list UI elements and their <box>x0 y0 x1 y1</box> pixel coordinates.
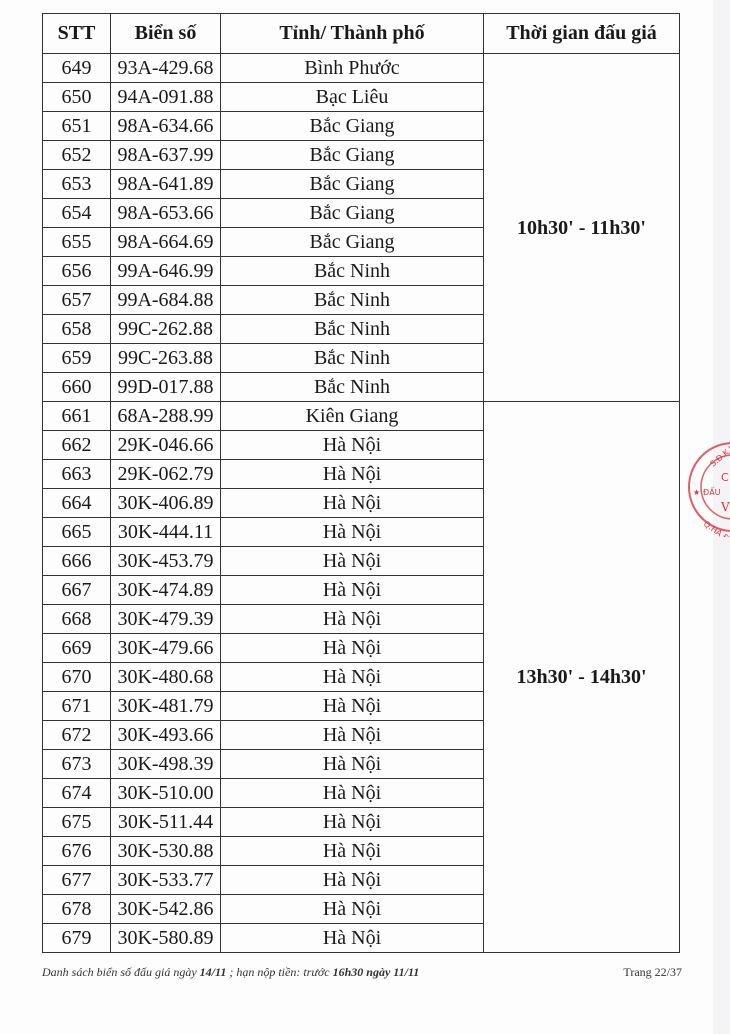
cell-province: Hà Nội <box>221 489 484 518</box>
cell-stt: 666 <box>43 547 111 576</box>
cell-stt: 675 <box>43 808 111 837</box>
cell-stt: 674 <box>43 779 111 808</box>
cell-province: Bắc Ninh <box>221 286 484 315</box>
svg-text:ĐẤU: ĐẤU <box>703 486 721 497</box>
cell-province: Hà Nội <box>221 547 484 576</box>
cell-plate: 29K-062.79 <box>111 460 221 489</box>
cell-stt: 656 <box>43 257 111 286</box>
cell-plate: 93A-429.68 <box>111 54 221 83</box>
cell-plate: 30K-453.79 <box>111 547 221 576</box>
cell-province: Bắc Giang <box>221 170 484 199</box>
cell-plate: 30K-498.39 <box>111 750 221 779</box>
cell-stt: 663 <box>43 460 111 489</box>
cell-province: Hà Nội <box>221 924 484 953</box>
cell-province: Bắc Giang <box>221 199 484 228</box>
table-row: 64993A-429.68Bình Phước10h30' - 11h30' <box>43 54 680 83</box>
svg-text:★: ★ <box>693 488 700 497</box>
footer-prefix: Danh sách biển số đấu giá ngày <box>42 965 200 979</box>
cell-province: Hà Nội <box>221 895 484 924</box>
cell-province: Hà Nội <box>221 808 484 837</box>
cell-stt: 653 <box>43 170 111 199</box>
cell-plate: 94A-091.88 <box>111 83 221 112</box>
cell-stt: 651 <box>43 112 111 141</box>
cell-province: Hà Nội <box>221 721 484 750</box>
cell-plate: 30K-481.79 <box>111 692 221 721</box>
cell-plate: 30K-493.66 <box>111 721 221 750</box>
footer-middle: ; hạn nộp tiền: trước <box>226 965 332 979</box>
plates-table: STT Biển số Tỉnh/ Thành phố Thời gian đấ… <box>42 13 680 953</box>
cell-province: Hà Nội <box>221 692 484 721</box>
cell-plate: 30K-511.44 <box>111 808 221 837</box>
cell-province: Bắc Giang <box>221 141 484 170</box>
cell-province: Hà Nội <box>221 779 484 808</box>
cell-province: Bình Phước <box>221 54 484 83</box>
cell-plate: 99D-017.88 <box>111 373 221 402</box>
footer-deadline: 16h30 ngày 11/11 <box>333 965 420 979</box>
cell-plate: 30K-542.86 <box>111 895 221 924</box>
cell-plate: 30K-406.89 <box>111 489 221 518</box>
cell-stt: 668 <box>43 605 111 634</box>
cell-plate: 29K-046.66 <box>111 431 221 460</box>
cell-plate: 98A-641.89 <box>111 170 221 199</box>
cell-plate: 30K-510.00 <box>111 779 221 808</box>
cell-province: Hà Nội <box>221 634 484 663</box>
cell-province: Bắc Ninh <box>221 315 484 344</box>
page-number: Trang 22/37 <box>623 965 682 980</box>
cell-stt: 672 <box>43 721 111 750</box>
table-body: 64993A-429.68Bình Phước10h30' - 11h30'65… <box>43 54 680 953</box>
cell-stt: 667 <box>43 576 111 605</box>
cell-province: Hà Nội <box>221 431 484 460</box>
cell-plate: 30K-479.39 <box>111 605 221 634</box>
cell-plate: 98A-664.69 <box>111 228 221 257</box>
footer-note: Danh sách biển số đấu giá ngày 14/11 ; h… <box>42 965 419 980</box>
cell-plate: 30K-479.66 <box>111 634 221 663</box>
header-stt: STT <box>43 14 111 54</box>
cell-plate: 98A-653.66 <box>111 199 221 228</box>
cell-province: Hà Nội <box>221 866 484 895</box>
cell-plate: 30K-533.77 <box>111 866 221 895</box>
cell-stt: 669 <box>43 634 111 663</box>
cell-province: Hà Nội <box>221 750 484 779</box>
cell-stt: 652 <box>43 141 111 170</box>
cell-stt: 670 <box>43 663 111 692</box>
cell-stt: 676 <box>43 837 111 866</box>
cell-stt: 658 <box>43 315 111 344</box>
header-auction-time: Thời gian đấu giá <box>484 14 680 54</box>
cell-province: Hà Nội <box>221 576 484 605</box>
cell-province: Bắc Giang <box>221 112 484 141</box>
cell-province: Hà Nội <box>221 605 484 634</box>
cell-province: Bắc Ninh <box>221 373 484 402</box>
cell-plate: 99A-684.88 <box>111 286 221 315</box>
cell-stt: 655 <box>43 228 111 257</box>
cell-stt: 665 <box>43 518 111 547</box>
cell-plate: 98A-634.66 <box>111 112 221 141</box>
cell-stt: 657 <box>43 286 111 315</box>
cell-plate: 99A-646.99 <box>111 257 221 286</box>
cell-province: Bắc Ninh <box>221 257 484 286</box>
svg-text:C: C <box>721 471 729 484</box>
cell-plate: 68A-288.99 <box>111 402 221 431</box>
header-province: Tỉnh/ Thành phố <box>221 14 484 54</box>
svg-text:V: V <box>720 500 730 514</box>
cell-plate: 30K-474.89 <box>111 576 221 605</box>
cell-plate: 99C-263.88 <box>111 344 221 373</box>
red-seal-stamp-icon: S.Đ.K.H C ĐẤU ★ V Q.HÀ Đ <box>683 437 730 537</box>
cell-plate: 30K-530.88 <box>111 837 221 866</box>
cell-province: Bắc Ninh <box>221 344 484 373</box>
cell-auction-time: 10h30' - 11h30' <box>484 54 680 402</box>
cell-plate: 30K-480.68 <box>111 663 221 692</box>
cell-province: Hà Nội <box>221 837 484 866</box>
cell-stt: 650 <box>43 83 111 112</box>
cell-stt: 662 <box>43 431 111 460</box>
cell-stt: 673 <box>43 750 111 779</box>
cell-plate: 30K-444.11 <box>111 518 221 547</box>
cell-province: Kiên Giang <box>221 402 484 431</box>
cell-stt: 661 <box>43 402 111 431</box>
cell-stt: 679 <box>43 924 111 953</box>
cell-province: Hà Nội <box>221 460 484 489</box>
cell-stt: 660 <box>43 373 111 402</box>
cell-province: Hà Nội <box>221 663 484 692</box>
cell-stt: 671 <box>43 692 111 721</box>
cell-province: Hà Nội <box>221 518 484 547</box>
cell-plate: 98A-637.99 <box>111 141 221 170</box>
table-row: 66168A-288.99Kiên Giang13h30' - 14h30' <box>43 402 680 431</box>
cell-auction-time: 13h30' - 14h30' <box>484 402 680 953</box>
cell-plate: 99C-262.88 <box>111 315 221 344</box>
cell-stt: 654 <box>43 199 111 228</box>
cell-stt: 664 <box>43 489 111 518</box>
table-header-row: STT Biển số Tỉnh/ Thành phố Thời gian đấ… <box>43 14 680 54</box>
cell-province: Bạc Liêu <box>221 83 484 112</box>
cell-stt: 649 <box>43 54 111 83</box>
cell-plate: 30K-580.89 <box>111 924 221 953</box>
header-plate: Biển số <box>111 14 221 54</box>
footer-auction-date: 14/11 <box>200 965 227 979</box>
cell-stt: 678 <box>43 895 111 924</box>
cell-province: Bắc Giang <box>221 228 484 257</box>
svg-text:Q.HÀ Đ: Q.HÀ Đ <box>702 518 730 537</box>
cell-stt: 677 <box>43 866 111 895</box>
cell-stt: 659 <box>43 344 111 373</box>
